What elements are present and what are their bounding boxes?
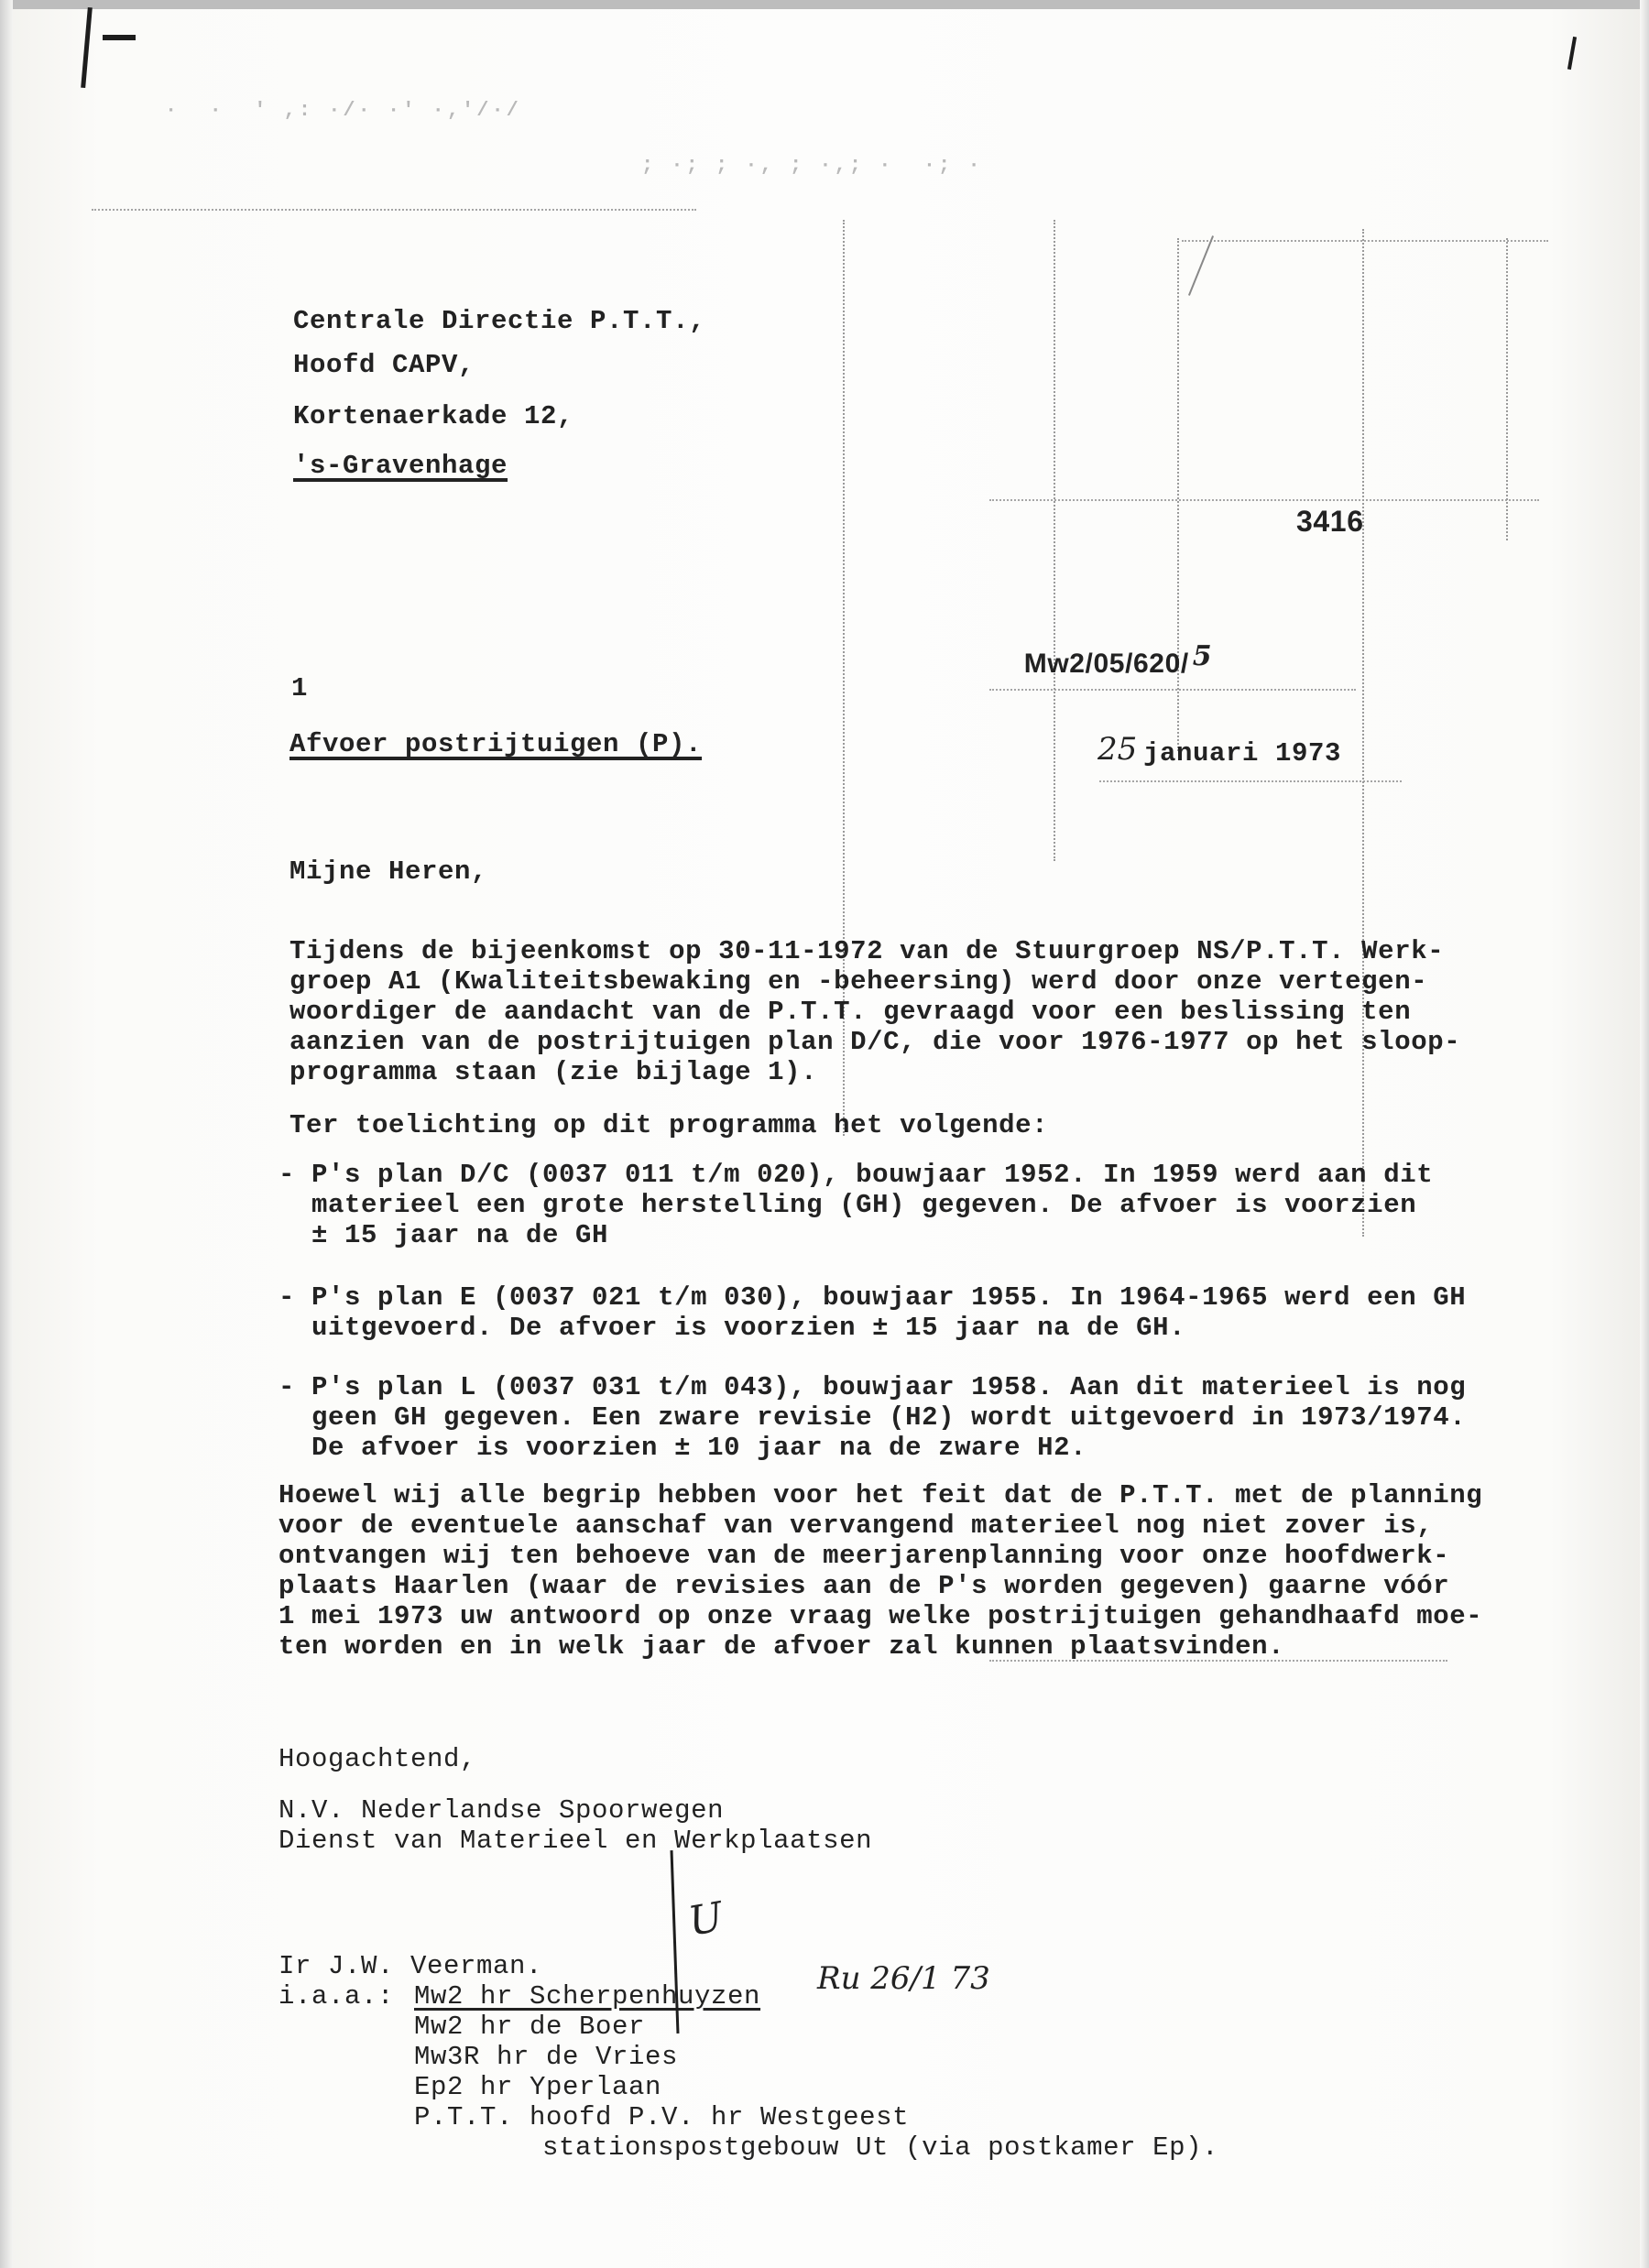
form-grid-line — [1362, 229, 1364, 1237]
closing-greeting: Hoogachtend, — [278, 1744, 476, 1775]
cc-recipient: Ep2 hr Yperlaan — [414, 2072, 661, 2103]
body-line: 1 mei 1973 uw antwoord op onze vraag wel… — [278, 1601, 1482, 1632]
organization-line-2: Dienst van Materieel en Werkplaatsen — [278, 1826, 872, 1857]
reference-code-handwritten: 5 — [1193, 640, 1212, 672]
body-line: ontvangen wij ten behoeve van de meerjar… — [278, 1541, 1449, 1572]
scan-right-edge — [1640, 0, 1649, 2268]
organization-line-1: N.V. Nederlandse Spoorwegen — [278, 1795, 724, 1826]
body-line: ten worden en in welk jaar de afvoer zal… — [278, 1631, 1284, 1663]
form-grid-line — [989, 499, 1539, 501]
signatory-name: Ir J.W. Veerman. — [278, 1951, 542, 1982]
handwritten-initial: U — [685, 1893, 726, 1946]
form-grid-line — [92, 209, 696, 211]
body-intro: Ter toelichting op dit programma het vol… — [289, 1110, 1048, 1141]
cc-label: i.a.a.: — [278, 1981, 394, 2012]
form-grid-line — [1099, 780, 1402, 782]
cc-recipient-continuation: stationspostgebouw Ut (via postkamer Ep)… — [542, 2132, 1218, 2164]
body-line: aanzien van de postrijtuigen plan D/C, d… — [289, 1027, 1460, 1058]
form-grid-line — [1506, 238, 1508, 540]
margin-mark-top-left-dash — [103, 35, 136, 40]
margin-mark-top-left-stroke — [81, 7, 93, 88]
body-line: Tijdens de bijeenkomst op 30-11-1972 van… — [289, 936, 1444, 967]
cc-recipient: P.T.T. hoofd P.V. hr Westgeest — [414, 2102, 909, 2133]
reference-code: Mw2/05/620/5 — [991, 617, 1208, 711]
form-grid-line — [1182, 240, 1548, 242]
enclosure-count: 1 — [291, 673, 308, 704]
body-line: woordiger de aandacht van de P.T.T. gevr… — [289, 997, 1411, 1028]
form-grid-line — [1054, 220, 1055, 861]
list-item-line: ± 15 jaar na de GH — [278, 1220, 608, 1251]
list-item-line: geen GH gegeven. Een zware revisie (H2) … — [278, 1402, 1466, 1434]
list-item-line: - P's plan E (0037 021 t/m 030), bouwjaa… — [278, 1282, 1466, 1314]
cc-recipient: Mw2 hr Scherpenhuyzen — [414, 1981, 760, 2012]
list-item-line: - P's plan D/C (0037 011 t/m 020), bouwj… — [278, 1160, 1433, 1191]
body-line: programma staan (zie bijlage 1). — [289, 1057, 817, 1088]
date-handwritten-day: 25 — [1098, 731, 1137, 768]
scan-top-edge — [0, 0, 1649, 9]
list-item-line: De afvoer is voorzien ± 10 jaar na de zw… — [278, 1433, 1087, 1464]
reference-code-typed: Mw2/05/620/ — [1024, 649, 1189, 679]
list-item-line: materieel een grote herstelling (GH) geg… — [278, 1190, 1416, 1221]
cc-recipient: Mw3R hr de Vries — [414, 2042, 678, 2073]
faint-letterhead-showthrough: · · ' ,: ·/· ·' ·,'/·/ — [165, 99, 521, 122]
document-number: 3416 — [1296, 506, 1364, 537]
form-slash-mark — [1188, 235, 1214, 296]
salutation: Mijne Heren, — [289, 856, 487, 888]
body-line: plaats Haarlen (waar de revisies aan de … — [278, 1571, 1449, 1602]
handwritten-date-note: Ru 26/1 73 — [817, 1960, 990, 1997]
list-item-line: - P's plan L (0037 031 t/m 043), bouwjaa… — [278, 1372, 1466, 1403]
body-line: groep A1 (Kwaliteitsbewaking en -beheers… — [289, 966, 1427, 998]
recipient-line-3: Kortenaerkade 12, — [293, 401, 573, 432]
faint-letterhead-showthrough-2: ; ·; ; ·, ; ·,; · ·; · — [641, 154, 983, 177]
recipient-line-2: Hoofd CAPV, — [293, 350, 475, 381]
recipient-city: 's-Gravenhage — [293, 451, 508, 482]
scan-left-edge — [0, 0, 13, 2268]
list-item-line: uitgevoerd. De afvoer is voorzien ± 15 j… — [278, 1313, 1185, 1344]
body-line: voor de eventuele aanschaf van vervangen… — [278, 1510, 1433, 1542]
subject-title: Afvoer postrijtuigen (P). — [289, 729, 702, 760]
cc-recipient: Mw2 hr de Boer — [414, 2012, 645, 2043]
recipient-line-1: Centrale Directie P.T.T., — [293, 306, 705, 337]
letter-date: januari 1973 — [1143, 738, 1341, 769]
body-line: Hoewel wij alle begrip hebben voor het f… — [278, 1480, 1482, 1511]
letter-page: · · ' ,: ·/· ·' ·,'/·/ ; ·; ; ·, ; ·,; ·… — [0, 0, 1649, 2268]
margin-mark-top-right-stroke — [1567, 37, 1577, 70]
